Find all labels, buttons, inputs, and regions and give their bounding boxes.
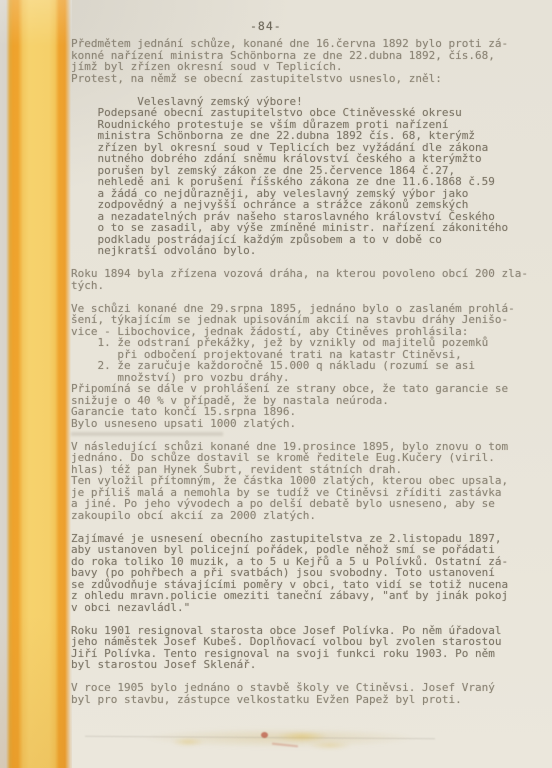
para-1897-police-order: Zajímavé je usnesení obecního zastupitel… — [71, 533, 541, 614]
text-line: V roce 1905 bylo jednáno o stavbě školy … — [71, 682, 541, 694]
text-line: bavy (po pohřbech a při svatbách) jsou s… — [71, 567, 541, 579]
text-line: Bylo usneseno upsati 1000 zlatých. — [71, 418, 541, 430]
para-1894-road: Roku 1894 byla zřízena vozová dráha, na … — [71, 268, 541, 291]
para-1895-railway-meeting: Ve schůzi konané dne 29.srpna 1895, jedn… — [71, 303, 541, 430]
text-line: v obci nezavládl." — [71, 602, 541, 614]
text-line: Garancie tato končí 15.srpna 1896. — [71, 406, 541, 418]
text-line: jednáno. Do schůze dostavil se kromě řed… — [71, 452, 541, 464]
text-line: jeho náměstek Josef Kubeš. Doplňovací vo… — [71, 636, 541, 648]
text-line: Ten vyložil přítomným, že částka 1000 zl… — [71, 475, 541, 487]
text-line: 1. že odstraní překážky, jež by vznikly … — [71, 337, 541, 349]
text-line: nehledě ani k porušení říšského zákona z… — [71, 176, 541, 188]
text-line: Předmětem jednání schůze, konané dne 16.… — [71, 38, 541, 50]
para-protest-letter: Veleslavný zemský výbore! Podepsané obec… — [71, 96, 541, 257]
text-line: šení, týkajícím se jednak upisováním akc… — [71, 314, 541, 326]
para-1895-december-meeting: V následující schůzi konané dne 19.prosi… — [71, 441, 541, 522]
text-line: Protest, na němž se obecní zastupitelstv… — [71, 73, 541, 85]
text-line: zakoupilo obcí akcií za 2000 zlatých. — [71, 510, 541, 522]
text-line: a jiné. Po jeho vývodech a po delší deba… — [71, 498, 541, 510]
text-line: Podepsané obecní zastupitelstvo obce Cti… — [71, 107, 541, 119]
text-line: byl pro stavbu, zástupce velkostatku Evž… — [71, 694, 541, 706]
text-line: byl starostou Josef Sklenář. — [71, 659, 541, 671]
text-line: Připomíná se dále v prohlášení ze strany… — [71, 383, 541, 395]
text-line: ministra Schönborna ze dne 22.dubna 1892… — [71, 130, 541, 142]
text-line: nutného dobrého zdání sněmu království č… — [71, 153, 541, 165]
binding-stripe — [0, 0, 72, 768]
para-1892-court-decree: Předmětem jednání schůze, konané dne 16.… — [71, 38, 541, 84]
text-line: jímž byl zřízen okresní soud v Teplicích… — [71, 61, 541, 73]
text-line: 2. že zaručuje každoročně 15.000 q nákla… — [71, 360, 541, 372]
text-line: aby ustanoven byl policejní pořádek, pod… — [71, 544, 541, 556]
para-1901-mayors: Roku 1901 resignoval starosta obce Josef… — [71, 625, 541, 671]
text-line: nejkratší odvoláno bylo. — [71, 245, 541, 257]
text-line: zodpovědný a nejvyšší ochránce a strážce… — [71, 199, 541, 211]
document-body: Předmětem jednání schůze, konané dne 16.… — [71, 38, 541, 705]
para-1905-school: V roce 1905 bylo jednáno o stavbě školy … — [71, 682, 541, 705]
text-line: z ohledu mravn.policie omeziti taneční z… — [71, 590, 541, 602]
text-line: Roku 1894 byla zřízena vozová dráha, na … — [71, 268, 541, 280]
text-line: o to se zasadil, aby výše zmíněné minist… — [71, 222, 541, 234]
text-line: tých. — [71, 280, 541, 292]
page-number: -84- — [250, 19, 282, 33]
